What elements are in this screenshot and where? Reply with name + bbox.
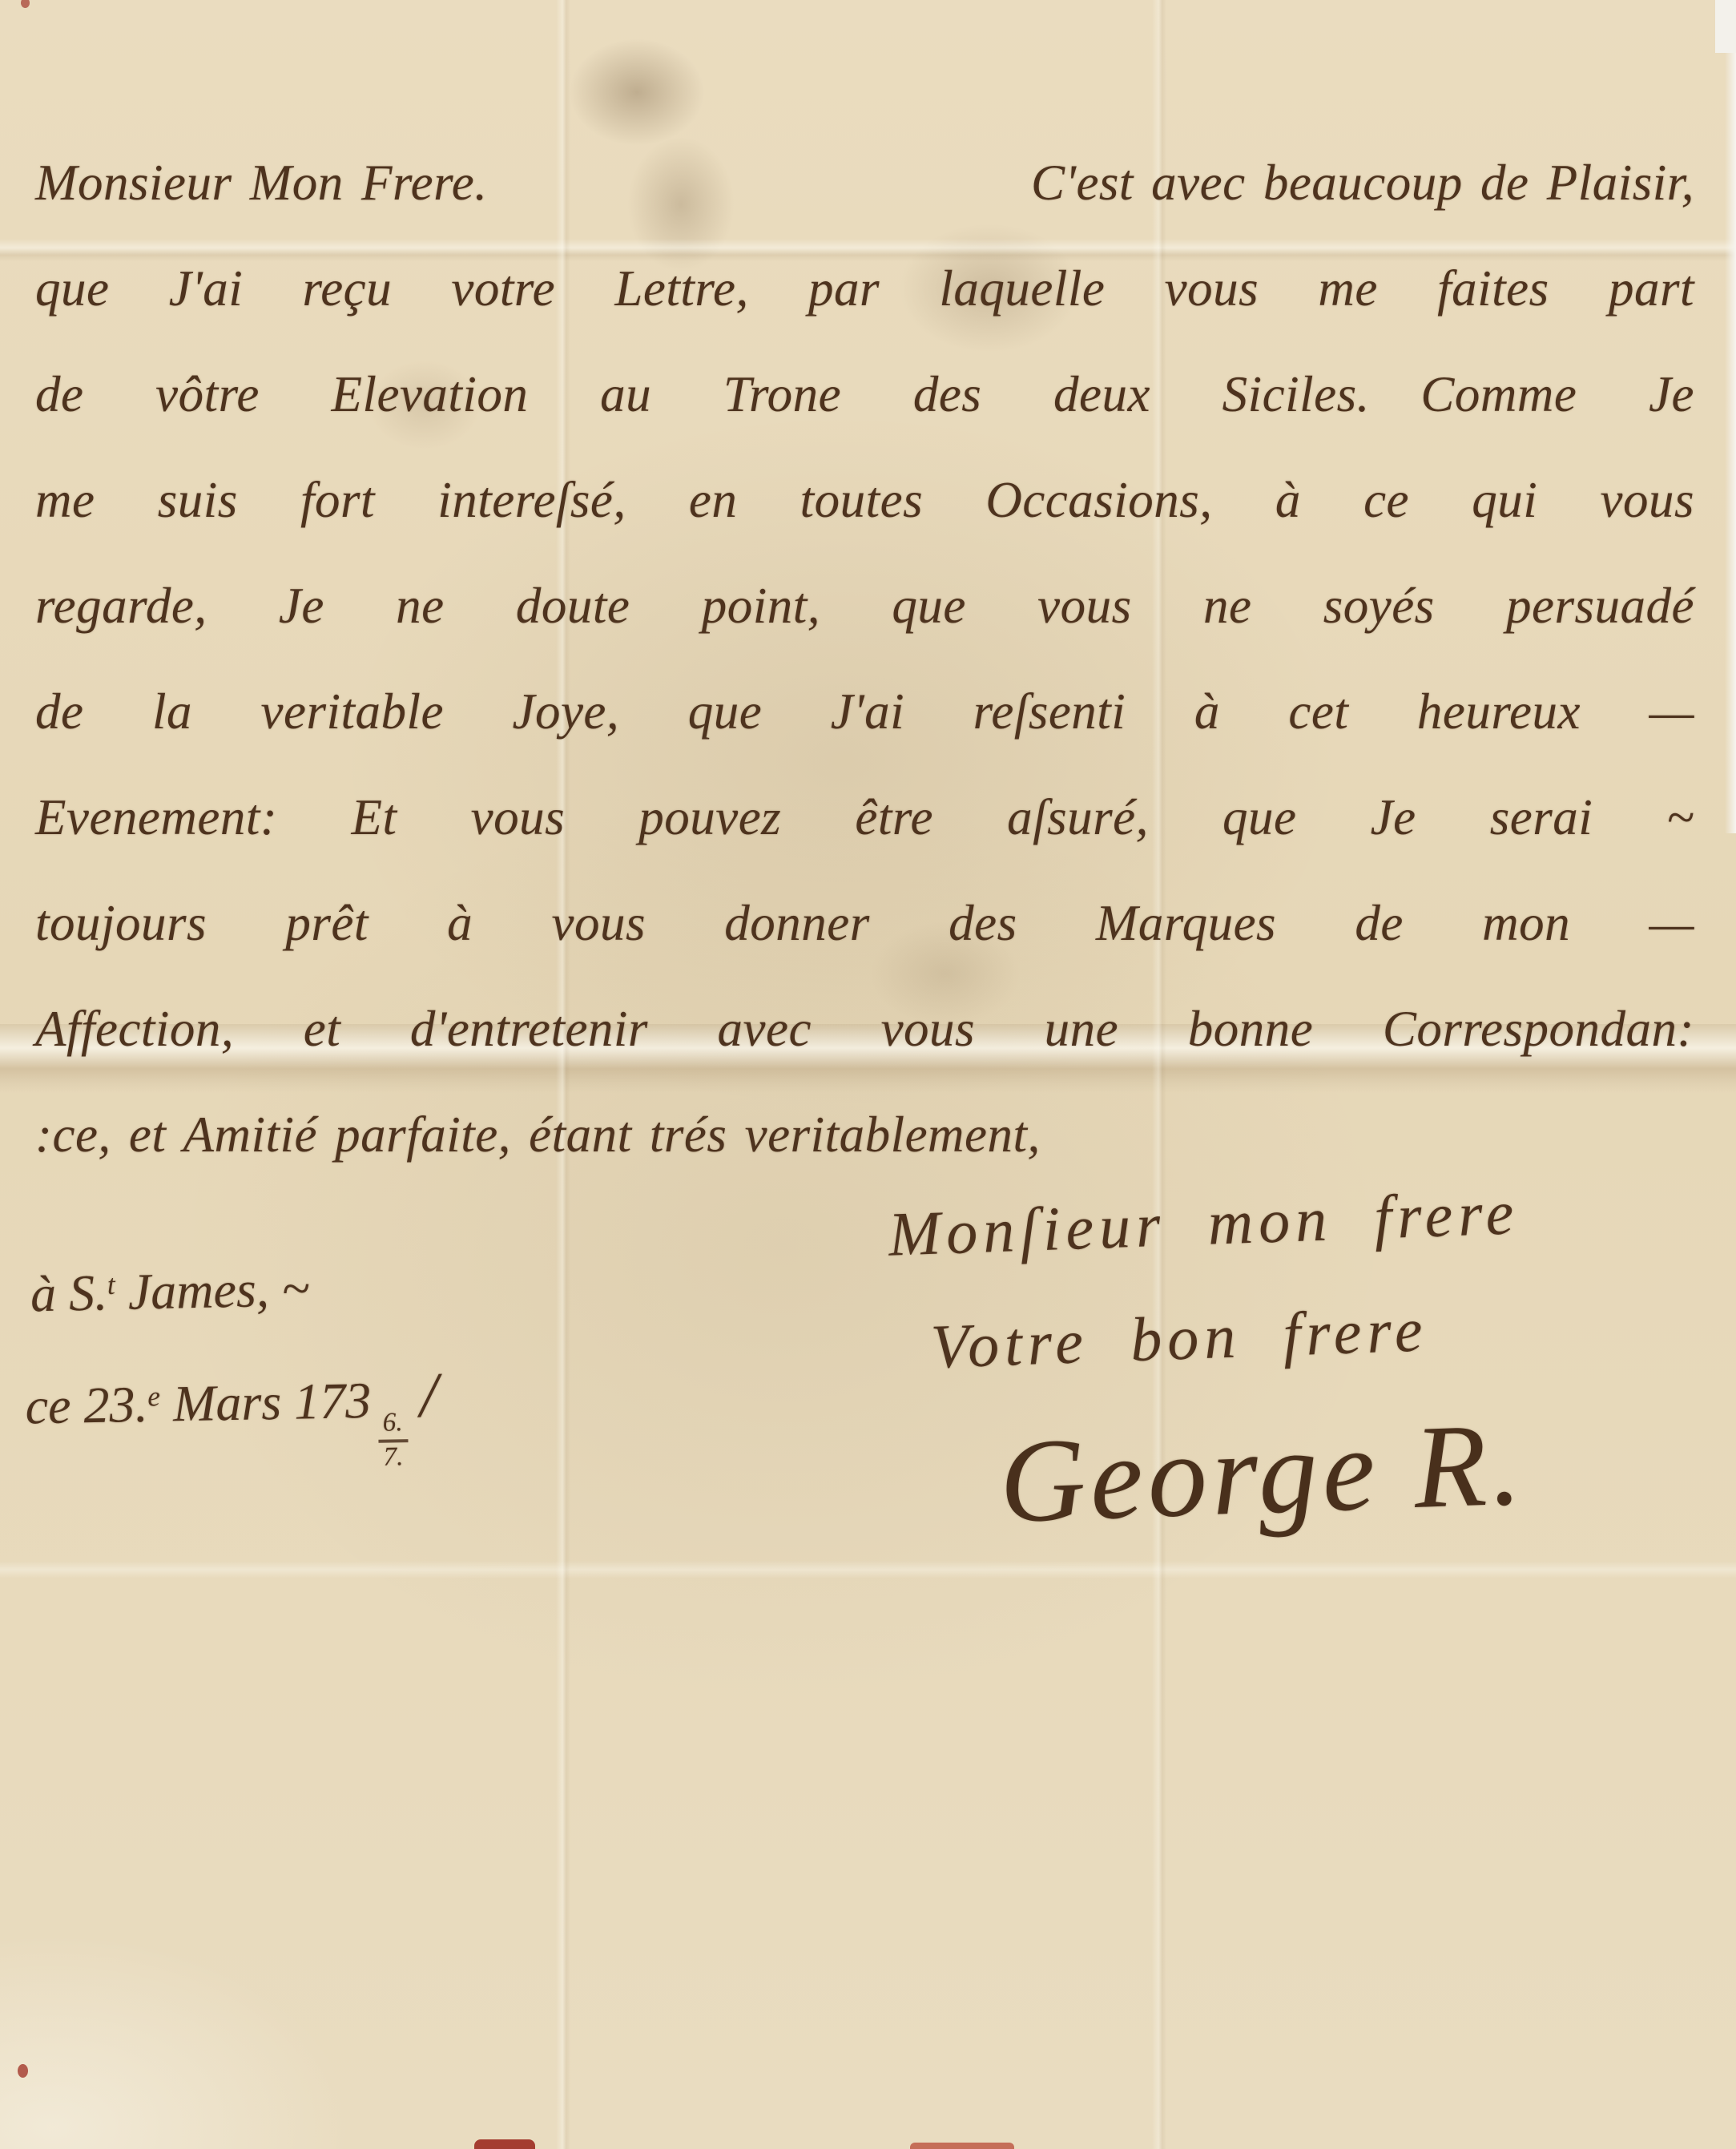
letter-body: Monsieur Mon Frere. C'est avec beaucoup … <box>35 130 1694 1187</box>
letter-line-4: me suis fort intereſsé, en toutes Occasi… <box>35 447 1694 553</box>
letter-line-1: Monsieur Mon Frere. C'est avec beaucoup … <box>35 130 1694 236</box>
split-year-fraction: 6.7. <box>377 1408 408 1472</box>
letter-line-6: de la veritable Joye, que J'ai reſsenti … <box>35 659 1694 764</box>
year-old-style: 6. <box>377 1408 408 1443</box>
red-seal-mark-bottom-left <box>474 2139 535 2149</box>
red-seal-speck-top-left <box>21 0 30 8</box>
letter-line-7: Evenement: Et vous pouvez être aſsuré, q… <box>35 764 1694 870</box>
place-rest: James, ~ <box>115 1260 310 1320</box>
fold-crease-horizontal-lower <box>0 1561 1736 1578</box>
date-text: ce 23. <box>25 1376 148 1435</box>
letter-line-9: Affection, et d'entretenir avec vous une… <box>35 976 1694 1082</box>
closing-valediction: Votre bon frere <box>929 1284 1702 1383</box>
signature-george-r: George R. <box>997 1389 1708 1550</box>
letter-line-5: regarde, Je ne doute point, que vous ne … <box>35 553 1694 659</box>
date-end-stroke: / <box>419 1361 438 1431</box>
dateline-block: à S.t James, ~ ce 23.e Mars 1736.7./ <box>30 1264 438 1474</box>
letter-line-10: :ce, et Amitié parfaite, étant trés veri… <box>35 1082 1694 1187</box>
scan-edge-right <box>1725 0 1736 833</box>
salutation: Monsieur Mon Frere. <box>35 130 487 236</box>
scan-corner-top-right <box>1715 0 1736 53</box>
year-new-style: 7. <box>383 1442 404 1471</box>
red-seal-mark-bottom-center <box>910 2143 1014 2149</box>
handwritten-letter-page: Monsieur Mon Frere. C'est avec beaucoup … <box>0 0 1736 2149</box>
letter-line-3: de vôtre Elevation au Trone des deux Sic… <box>35 341 1694 447</box>
dateline-date: ce 23.e Mars 1736.7./ <box>25 1364 439 1478</box>
letter-line-2: que J'ai reçu votre Lettre, par laquelle… <box>35 236 1694 341</box>
date-month-year: Mars 173 <box>159 1372 371 1433</box>
opening-phrase: C'est avec beaucoup de Plaisir, <box>1031 130 1694 236</box>
place-text: à S. <box>30 1264 107 1322</box>
letter-line-8: toujours prêt à vous donner des Marques … <box>35 870 1694 976</box>
date-superscript: e <box>147 1381 160 1412</box>
dateline-place: à S.t James, ~ <box>30 1260 438 1320</box>
closing-block: Monſieur mon frere Votre bon frere Georg… <box>888 1171 1709 1554</box>
red-seal-speck-left <box>18 2064 28 2078</box>
